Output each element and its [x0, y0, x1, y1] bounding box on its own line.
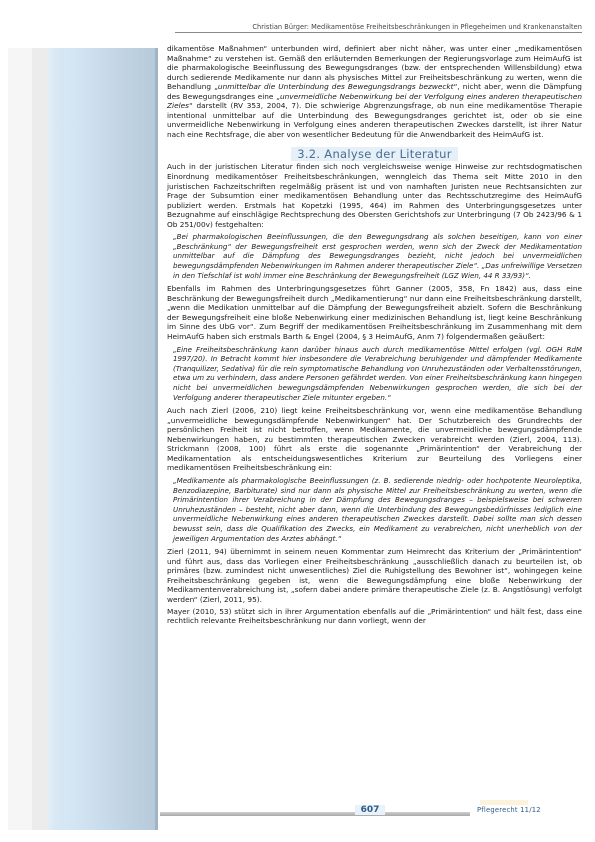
- paragraph-5: Zierl (2011, 94) übernimmt in seinem neu…: [167, 547, 582, 604]
- paragraph-4: Auch nach Zierl (2006, 210) liegt keine …: [167, 406, 582, 473]
- block-quote-3: „Medikamente als pharmakologische Beeinf…: [173, 476, 582, 543]
- journal-name: Pflegerecht 11/12: [477, 806, 541, 814]
- journal-highlight: [480, 800, 528, 805]
- block-quote-2: „Eine Freiheitsbeschränkung kann darüber…: [173, 345, 582, 403]
- paragraph-3: Ebenfalls im Rahmen des Unterbringungsge…: [167, 284, 582, 341]
- text-run: “ darstellt (RV 353, 2004, 7). Die schwi…: [167, 101, 582, 139]
- section-heading: 3.2. Analyse der Literatur: [167, 147, 582, 161]
- section-heading-text: 3.2. Analyse der Literatur: [291, 147, 458, 161]
- paragraph-6: Mayer (2010, 53) stützt sich in ihrer Ar…: [167, 607, 582, 626]
- footer-rule: [160, 812, 470, 816]
- article-body: dikamentöse Maßnahmen“ unterbunden wird,…: [167, 44, 582, 628]
- paragraph-1: dikamentöse Maßnahmen“ unterbunden wird,…: [167, 44, 582, 139]
- page-number: 607: [355, 805, 385, 815]
- paragraph-2: Auch in der juristischen Literatur finde…: [167, 162, 582, 229]
- running-header: Christian Bürger: Medikamentöse Freiheit…: [175, 23, 582, 33]
- block-quote-1: „Bei pharmakologischen Beeinflussungen, …: [173, 232, 582, 280]
- decorative-side-strip: [8, 48, 158, 830]
- text-run-italic: unmittelbar die Unterbindung des Bewegun…: [218, 82, 454, 91]
